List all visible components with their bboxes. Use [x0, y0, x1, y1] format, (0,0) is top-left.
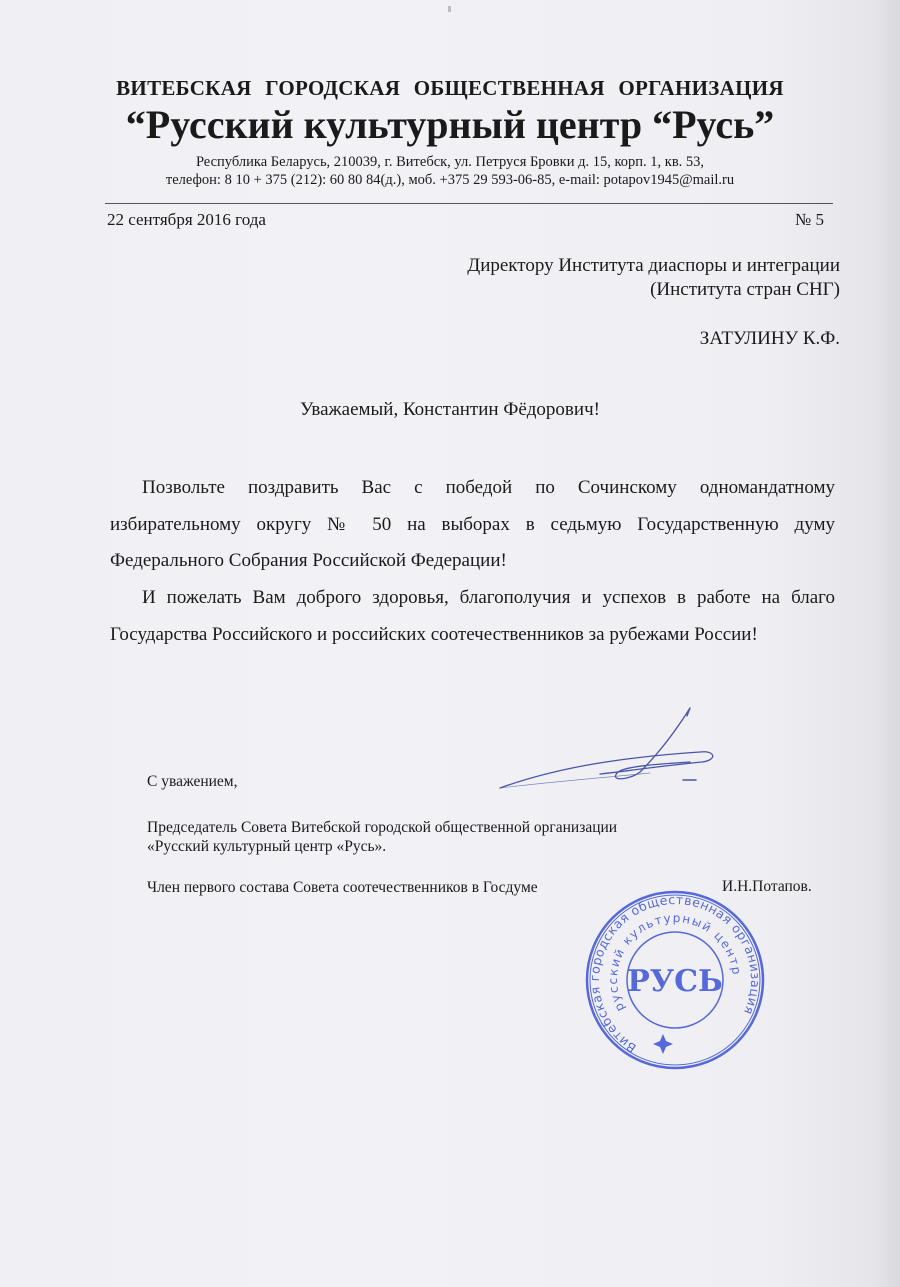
- letter-page: ВИТЕБСКАЯ ГОРОДСКАЯ ОБЩЕСТВЕННАЯ ОРГАНИЗ…: [0, 0, 900, 1287]
- scan-speck: [448, 6, 451, 12]
- signatory-position-line-1: Председатель Совета Витебской городской …: [147, 818, 617, 837]
- closing-regards: С уважением,: [147, 772, 238, 791]
- letterhead-org-type: ВИТЕБСКАЯ ГОРОДСКАЯ ОБЩЕСТВЕННАЯ ОРГАНИЗ…: [0, 76, 900, 101]
- signatory-position-line-3: Член первого состава Совета соотечествен…: [147, 878, 538, 897]
- letterhead-address: Республика Беларусь, 210039, г. Витебск,…: [0, 154, 900, 171]
- letterhead-contacts: телефон: 8 10 + 375 (212): 60 80 84(д.),…: [0, 172, 900, 189]
- body-paragraph-1: Позвольте поздравить Вас с победой по Со…: [110, 470, 835, 580]
- letter-date: 22 сентября 2016 года: [107, 210, 266, 230]
- salutation: Уважаемый, Константин Фёдорович!: [0, 399, 900, 421]
- organization-stamp: Витебская городская общественная организ…: [585, 890, 765, 1070]
- recipient-institution: (Института стран СНГ): [650, 278, 840, 302]
- handwritten-signature: [490, 700, 720, 800]
- letterhead-divider: [105, 203, 833, 204]
- stamp-star-icon: [653, 1034, 673, 1054]
- letter-number: № 5: [795, 210, 824, 230]
- recipient-title: Директору Института диаспоры и интеграци…: [467, 254, 840, 278]
- recipient-name: ЗАТУЛИНУ К.Ф.: [700, 327, 840, 351]
- signatory-position-line-2: «Русский культурный центр «Русь».: [147, 837, 386, 856]
- body-paragraph-1-text: Позвольте поздравить Вас с победой по Со…: [110, 470, 835, 580]
- body-paragraph-2-text: И пожелать Вам доброго здоровья, благопо…: [110, 580, 835, 653]
- stamp-center-text: РУСЬ: [627, 964, 723, 999]
- letterhead-org-name: “Русский культурный центр “Русь”: [0, 101, 900, 149]
- body-paragraph-2: И пожелать Вам доброго здоровья, благопо…: [110, 580, 835, 653]
